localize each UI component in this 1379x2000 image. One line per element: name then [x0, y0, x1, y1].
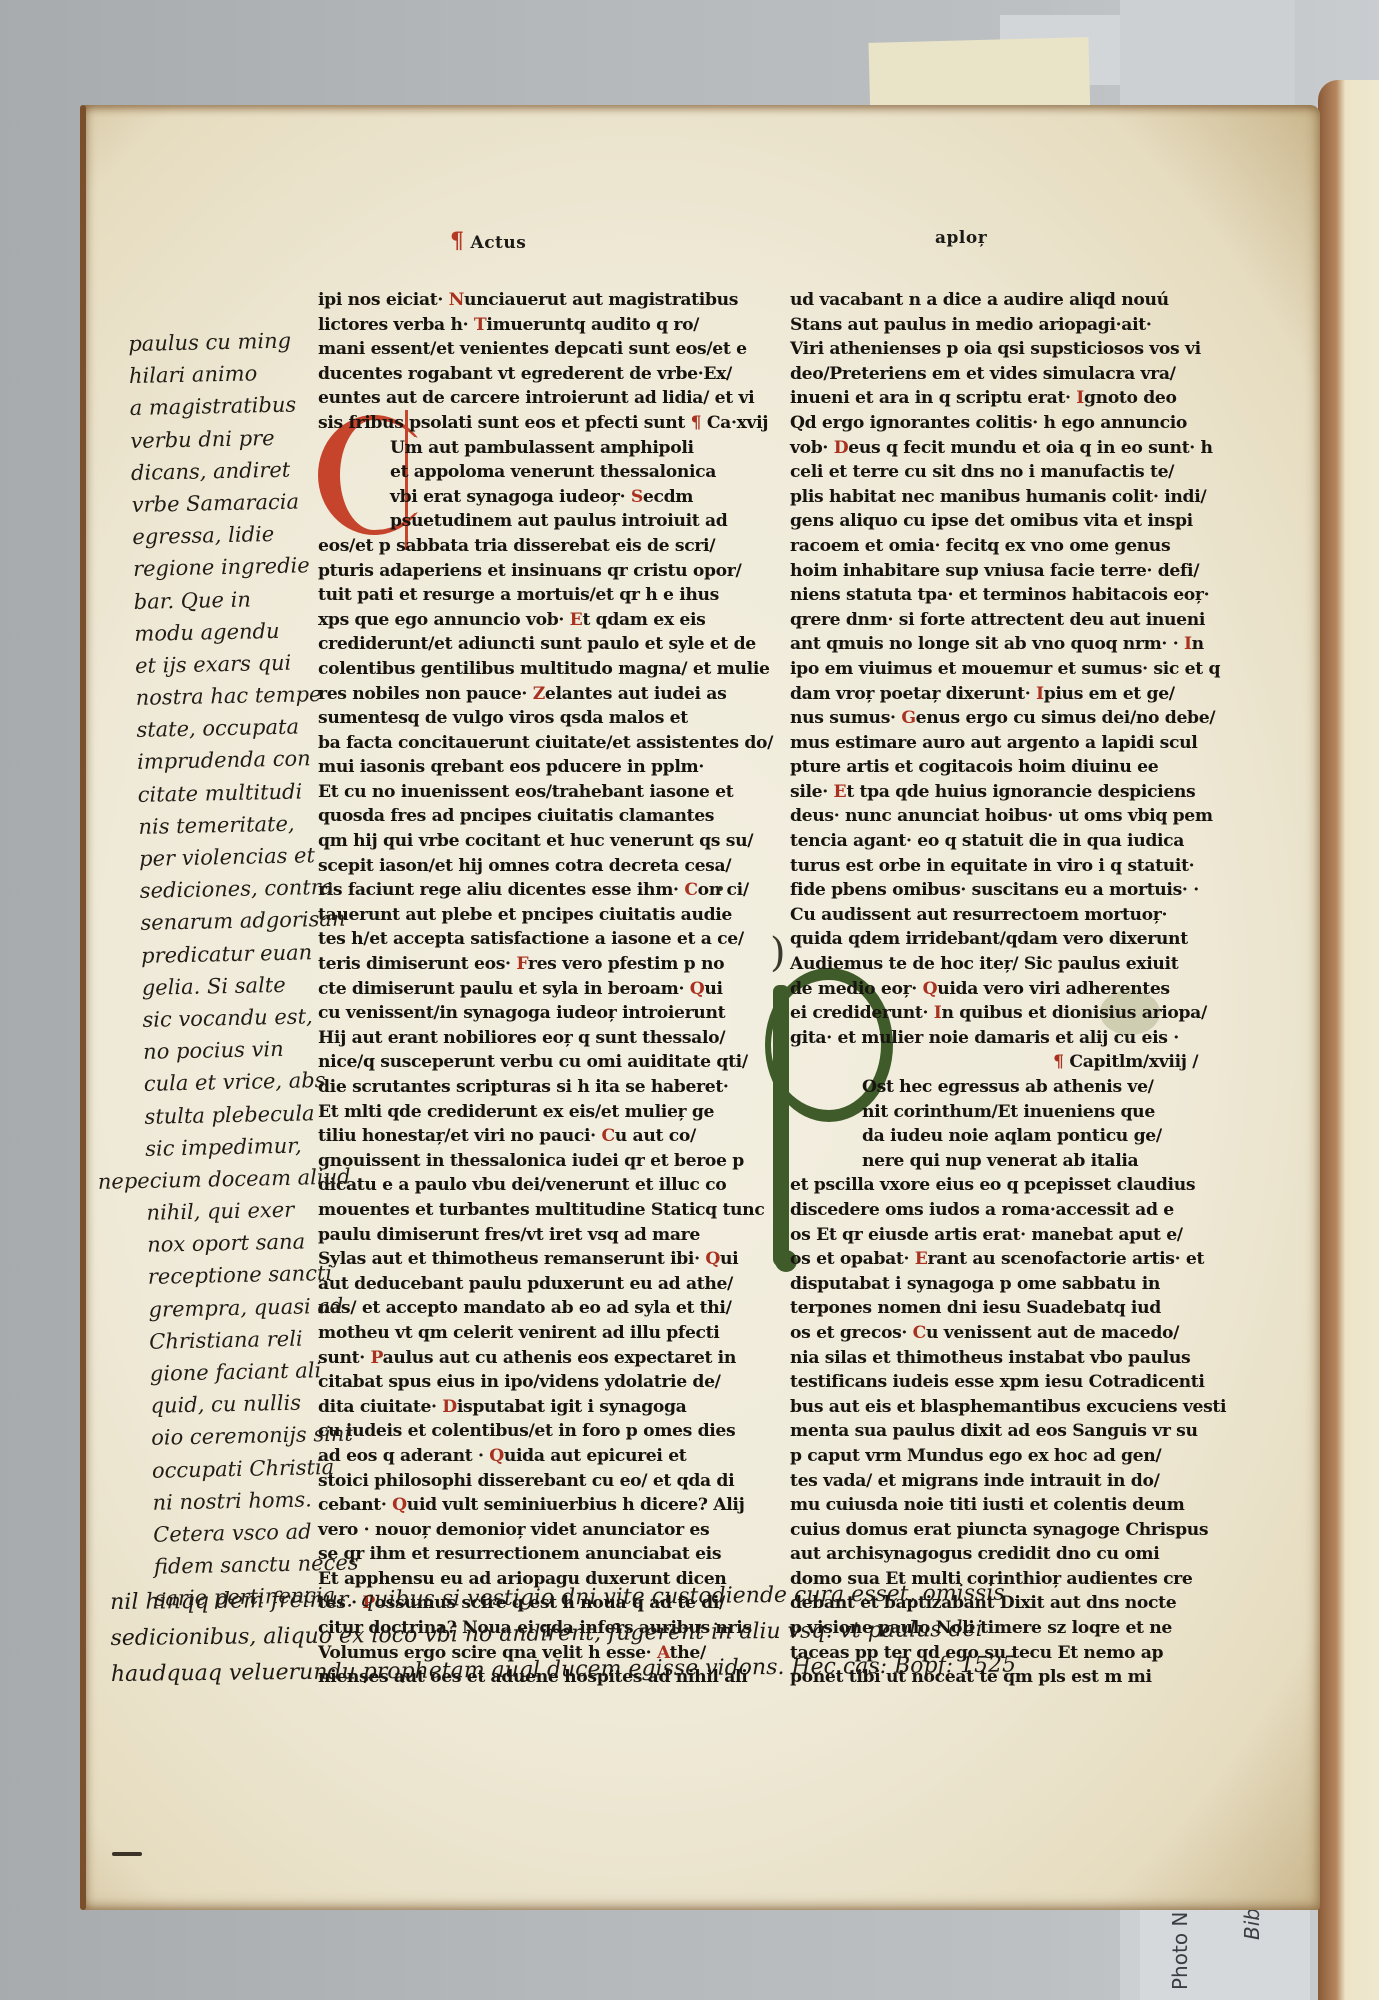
text-line: ant qmuis no longe sit ab vno quoq nrm· …	[790, 632, 1226, 657]
ink-dot	[718, 886, 723, 891]
annotation-line: per violencias et	[139, 839, 345, 875]
text-line: Sylas aut et thimotheus remanserunt ibi·…	[318, 1247, 773, 1272]
text-line: quosda fres ad pncipes ciuitatis clamant…	[318, 804, 773, 829]
text-line: sumentesq de vulgo viros qsda malos et	[318, 706, 773, 731]
annotation-line: fidem sanctu neces	[154, 1547, 360, 1583]
annotation-line: quid, cu nullis	[150, 1386, 356, 1422]
text-line: Et mlti qde crediderunt ex eis/et mulieŗ…	[318, 1100, 773, 1125]
annotation-line: Christiana reli	[149, 1321, 355, 1357]
left-text-column: ipi nos eiciat· Nunciauerut aut magistra…	[318, 288, 773, 1690]
text-line: tencia agant· eo q statuit die in qua iu…	[790, 829, 1226, 854]
text-line: cebant· Quid vult seminiuerbius h dicere…	[318, 1493, 773, 1518]
text-line: vero · nouoŗ demonioŗ videt anunciator e…	[318, 1518, 773, 1543]
annotation-line: nox oport sana	[147, 1225, 353, 1261]
text-line: deus· nunc anunciat hoibus· ut oms vbiq …	[790, 804, 1226, 829]
text-line: nit corinthum/Et inueniens que	[790, 1100, 1226, 1125]
annotation-line: et ijs exars qui	[135, 646, 341, 682]
text-line: quida qdem irridebant/qdam vero dixerunt	[790, 927, 1226, 952]
text-line: ipo em viuimus et mouemur et sumus· sic …	[790, 657, 1226, 682]
text-line: stoici philosophi disserebant cu eo/ et …	[318, 1469, 773, 1494]
annotation-line: hilari animo	[129, 356, 335, 392]
text-line: paulu dimiserunt fres/vt iret vsq ad mar…	[318, 1223, 773, 1248]
annotation-line: gione faciant ali	[150, 1353, 356, 1389]
text-line: mui iasonis qrebant eos pducere in pplm·	[318, 755, 773, 780]
annotation-line: nepecium doceam aliud	[98, 1160, 352, 1197]
text-line: terpones nomen dni iesu Suadebatq iud	[790, 1296, 1226, 1321]
running-head-right: aploŗ	[935, 228, 987, 248]
text-line: discedere oms iudos a roma·accessit ad e	[790, 1198, 1226, 1223]
text-line: dita ciuitate· Disputabat igit i synagog…	[318, 1395, 773, 1420]
page-left-edge	[80, 105, 86, 1910]
text-line: p caput vrm Mundus ego ex hoc ad gen/	[790, 1444, 1226, 1469]
text-line: cu venissent/in synagoga iudeoŗ introier…	[318, 1001, 773, 1026]
text-line: gnouissent in thessalonica iudei qr et b…	[318, 1149, 773, 1174]
annotation-line: modu agendu	[134, 613, 340, 649]
text-line: sunt· Paulus aut cu athenis eos expectar…	[318, 1346, 773, 1371]
text-line: da iudeu noie aqlam ponticu ge/	[790, 1124, 1226, 1149]
annotation-line: oio ceremonijs sint	[151, 1418, 357, 1454]
annotation-line: predicatur euan	[141, 935, 347, 971]
text-line: sile· Et tpa qde huius ignorancie despic…	[790, 780, 1226, 805]
annotation-line: nostra hac tempe	[135, 678, 341, 714]
text-line: vbi erat synagoga iudeoŗ· Secdm	[318, 485, 773, 510]
text-line: de medio eoŗ· Quida vero viri adherentes	[790, 977, 1226, 1002]
text-line: vob· Deus q fecit mundu et oia q in eo s…	[790, 436, 1226, 461]
text-line: ei crediderunt· In quibus et dionisius a…	[790, 1001, 1226, 1026]
text-line: fide pbens omibus· suscitans eu a mortui…	[790, 878, 1226, 903]
text-line: gens aliquo cu ipse det omibus vita et i…	[790, 509, 1226, 534]
text-line: Hij aut erant nobiliores eoŗ q sunt thes…	[318, 1026, 773, 1051]
text-line: aut deducebant paulu pduxerunt eu ad ath…	[318, 1272, 773, 1297]
text-line: ipi nos eiciat· Nunciauerut aut magistra…	[318, 288, 773, 313]
text-line: scepit iason/et hij omnes cotra decreta …	[318, 854, 773, 879]
text-line: citabat spus eius in ipo/videns ydolatri…	[318, 1370, 773, 1395]
text-line: lictores verba h· Timueruntq audito q ro…	[318, 313, 773, 338]
text-line: tiliu honestaŗ/et viri no pauci· Cu aut …	[318, 1124, 773, 1149]
text-line: mus estimare auro aut argento a lapidi s…	[790, 731, 1226, 756]
text-line: ¶ Capitlm/xviij /	[790, 1050, 1226, 1075]
annotation-line: citate multitudi	[137, 774, 343, 810]
text-line: aut archisynagogus credidit dno cu omi	[790, 1542, 1226, 1567]
text-line: menta sua paulus dixit ad eos Sanguis vr…	[790, 1419, 1226, 1444]
text-line: ba facta concitauerunt ciuitate/et assis…	[318, 731, 773, 756]
text-line: turus est orbe in equitate in viro i q s…	[790, 854, 1226, 879]
margin-dash-mark	[112, 1852, 142, 1856]
text-line: die scrutantes scripturas si h ita se ha…	[318, 1075, 773, 1100]
text-line: dam vroŗ poetaŗ dixerunt· Ipius em et ge…	[790, 682, 1226, 707]
annotation-line: imprudenda con	[137, 742, 343, 778]
text-line: deo/Preteriens em et vides simulacra vra…	[790, 362, 1226, 387]
text-line: Et cu no inuenissent eos/trahebant iason…	[318, 780, 773, 805]
text-line: qrere dnm· si forte attrectent deu aut i…	[790, 608, 1226, 633]
text-line: mouentes et turbantes multitudine Static…	[318, 1198, 773, 1223]
annotation-line: a magistratibus	[129, 388, 335, 424]
text-line: et pscilla vxore eius eo q pcepisset cla…	[790, 1173, 1226, 1198]
text-line: niens statuta tpa· et terminos habitacoi…	[790, 583, 1226, 608]
text-line: Qd ergo ignorantes colitis· h ego annunc…	[790, 411, 1226, 436]
text-line: pturis adaperiens et insinuans qr cristu…	[318, 559, 773, 584]
text-line: os Et qr eiusde artis erat· manebat aput…	[790, 1223, 1226, 1248]
text-line: sis fribus psolati sunt eos et pfecti su…	[318, 411, 773, 436]
text-line: se qr ihm et resurrectionem anunciabat e…	[318, 1542, 773, 1567]
text-line: os et grecos· Cu venissent aut de macedo…	[790, 1321, 1226, 1346]
text-line: eos/et p sabbata tria disserebat eis de …	[318, 534, 773, 559]
text-line: nus sumus· Genus ergo cu simus dei/no de…	[790, 706, 1226, 731]
margin-annotation: paulus cu minghilari animoa magistratibu…	[128, 324, 360, 1616]
annotation-line: paulus cu ming	[128, 324, 334, 360]
text-line: res nobiles non pauce· Zelantes aut iude…	[318, 682, 773, 707]
bottom-annotation: nil hinqq dem freinur. quibus si vestigi…	[110, 1576, 1016, 1693]
text-line: hoim inhabitare sup vniusa facie terre· …	[790, 559, 1226, 584]
text-line: tes vada/ et migrans inde intrauit in do…	[790, 1469, 1226, 1494]
text-line: dicatu e a paulo vbu dei/venerunt et ill…	[318, 1173, 773, 1198]
annotation-line: regione ingredie	[133, 549, 339, 585]
text-line: mu cuiusda noie titi iusti et colentis d…	[790, 1493, 1226, 1518]
text-line: ris faciunt rege aliu dicentes esse ihm·…	[318, 878, 773, 903]
text-line: nere qui nup venerat ab italia	[790, 1149, 1226, 1174]
photo-label-line: Photo N	[1168, 1912, 1192, 1990]
annotation-line: senarum adgorisan	[140, 903, 346, 939]
annotation-line: receptione sancti	[148, 1257, 354, 1293]
text-line: pture artis et cogitacois hoim diuinu ee	[790, 755, 1226, 780]
text-line: euntes aut de carcere introierunt ad lid…	[318, 386, 773, 411]
annotation-line: occupati Christia	[152, 1450, 358, 1486]
text-line: cu iudeis et colentibus/et in foro p ome…	[318, 1419, 773, 1444]
text-line: tuit pati et resurge a mortuis/et qr h e…	[318, 583, 773, 608]
text-line: plis habitat nec manibus humanis colit· …	[790, 485, 1226, 510]
text-line: et appoloma venerunt thessalonica	[318, 460, 773, 485]
text-line: tes h/et accepta satisfactione a iasone …	[318, 927, 773, 952]
annotation-line: Cetera vsco ad	[153, 1514, 359, 1550]
text-line: celi et terre cu sit dns no i manufactis…	[790, 460, 1226, 485]
annotation-line: vrbe Samaracia	[131, 485, 337, 521]
text-line: Viri athenienses p oia qsi supsticiosos …	[790, 337, 1226, 362]
text-line: xps que ego annuncio vob· Et qdam ex eis	[318, 608, 773, 633]
annotation-line: ni nostri homs.	[152, 1482, 358, 1518]
text-line: cte dimiserunt paulu et syla in beroam· …	[318, 977, 773, 1002]
annotation-line: egressa, lidie	[132, 517, 338, 553]
annotation-line: gelia. Si salte	[141, 967, 347, 1003]
text-line: ducentes rogabant vt egrederent de vrbe·…	[318, 362, 773, 387]
text-line: racoem et omia· fecitq ex vno ome genus	[790, 534, 1226, 559]
text-line: Cu audissent aut resurrectoem mortuoŗ·	[790, 903, 1226, 928]
annotation-line: sediciones, contra	[139, 871, 345, 907]
text-line: crediderunt/et adiuncti sunt paulo et sy…	[318, 632, 773, 657]
text-line: psuetudinem aut paulus introiuit ad	[318, 509, 773, 534]
text-line: nice/q susceperunt verbu cu omi auiditat…	[318, 1050, 773, 1075]
annotation-line: bar. Que in	[133, 581, 339, 617]
text-line: os et opabat· Erant au scenofactorie art…	[790, 1247, 1226, 1272]
text-line: cuius domus erat piuncta synagoge Chrisp…	[790, 1518, 1226, 1543]
text-line: ud vacabant n a dice a audire aliqd nouú	[790, 288, 1226, 313]
annotation-line: no pocius vin	[143, 1032, 349, 1068]
text-line: nia silas et thimotheus instabat vbo pau…	[790, 1346, 1226, 1371]
text-line: qm hij qui vrbe cocitant et huc venerunt…	[318, 829, 773, 854]
right-text-column: ud vacabant n a dice a audire aliqd nouú…	[790, 288, 1226, 1690]
annotation-line: verbu dni pre	[130, 420, 336, 456]
pilcrow-icon: ¶	[450, 228, 465, 254]
decorated-initial-green-stem	[773, 985, 789, 1267]
annotation-line: stulta plebecula	[144, 1096, 350, 1132]
text-line: bus aut eis et blasphemantibus excuciens…	[790, 1395, 1226, 1420]
annotation-line: dicans, andiret	[131, 452, 337, 488]
annotation-line: sic impedimur,	[145, 1128, 351, 1164]
text-line: disputabat i synagoga p ome sabbatu in	[790, 1272, 1226, 1297]
annotation-line: nis temeritate,	[138, 806, 344, 842]
annotation-line: state, occupata	[136, 710, 342, 746]
annotation-line: grempra, quasi ad	[148, 1289, 354, 1325]
text-line: testificans iudeis esse xpm iesu Cotradi…	[790, 1370, 1226, 1395]
text-line: ad eos q aderant · Quida aut epicurei et	[318, 1444, 773, 1469]
text-line: Um aut pambulassent amphipoli	[318, 436, 773, 461]
text-line: inueni et ara in q scriptu erat· Ignoto …	[790, 386, 1226, 411]
text-line: Stans aut paulus in medio ariopagi·ait·	[790, 313, 1226, 338]
text-line: Audiemus te de hoc iteŗ/ Sic paulus exiu…	[790, 952, 1226, 977]
text-line: mani essent/et venientes depcati sunt eo…	[318, 337, 773, 362]
facing-page-edge	[1318, 80, 1379, 2000]
running-head-left: ¶Actus	[450, 228, 526, 254]
text-line: colentibus gentilibus multitudo magna/ e…	[318, 657, 773, 682]
text-line: teris dimiserunt eos· Fres vero pfestim …	[318, 952, 773, 977]
text-line: gita· et mulier noie damaris et alij cu …	[790, 1026, 1226, 1051]
annotation-line: sic vocandu est,	[142, 999, 348, 1035]
annotation-line: nihil, qui exer	[146, 1193, 352, 1229]
annotation-line: cula et vrice, abs	[144, 1064, 350, 1100]
text-line: tauerunt aut plebe et pncipes ciuitatis …	[318, 903, 773, 928]
text-line: nas/ et accepto mandato ab eo ad syla et…	[318, 1296, 773, 1321]
text-line: Ost hec egressus ab athenis ve/	[790, 1075, 1226, 1100]
text-line: motheu vt qm celerit venirent ad illu pf…	[318, 1321, 773, 1346]
